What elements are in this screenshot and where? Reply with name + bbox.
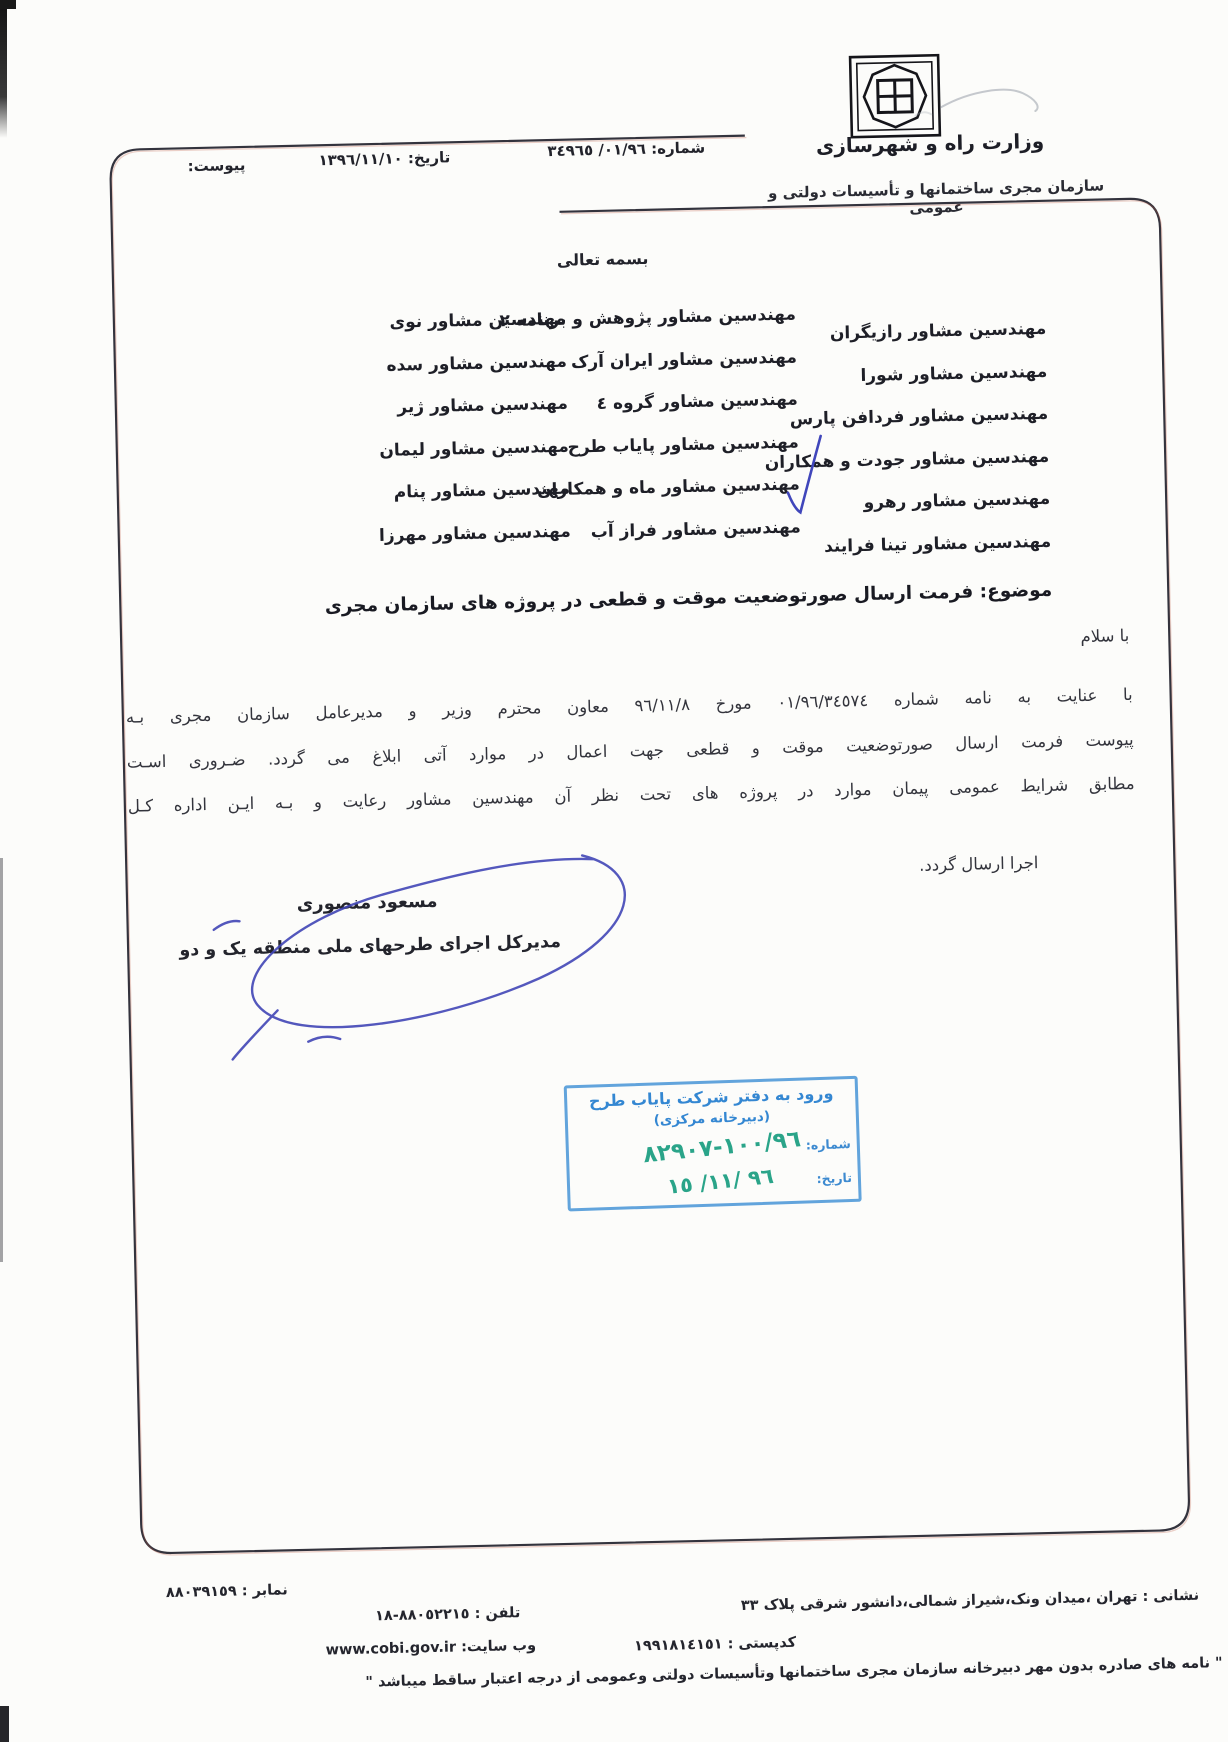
signer-name: مسعود منصوری xyxy=(242,890,492,917)
ministry-title: وزارت راه و شهرسازی xyxy=(780,128,1080,159)
letter-number-field: شماره: ٠١/٩٦/ ٣٤٩٦٥ xyxy=(425,139,705,163)
body-line: پیوست فرمت ارسال صورتوضعیت موقت و قطعی ج… xyxy=(127,730,1134,772)
recipient-item: مهندسین مشاور جودت و همکاران xyxy=(795,435,1050,483)
stamp-date-label: تاریخ: xyxy=(816,1169,852,1185)
stamp-date-value: ٩٦ /١١/ ١٥ xyxy=(666,1164,775,1199)
stamp-number-value: ١٠٠/٩٦-٨٢٩٠٧ xyxy=(642,1126,802,1168)
recipient-item-checked: مهندسین مشاور پایاب طرح xyxy=(544,421,799,469)
attachment-label: پیوست: xyxy=(165,156,245,176)
salutation: با سلام xyxy=(1011,626,1129,648)
body-line: اجرا ارسال گردد. xyxy=(711,853,1038,879)
recipient-item: مهندسین مشاور تینا فرایند xyxy=(797,520,1052,568)
scan-edge-artifact xyxy=(0,858,3,1262)
footer-phone-value: ٨٨٠٥٢٢١٥-١٨ xyxy=(375,1606,470,1624)
footer-website: وب سایت: www.cobi.gov.ir xyxy=(296,1638,536,1659)
recipient-item: مهندسین مشاور رهرو xyxy=(796,478,1051,526)
scanned-letter-page: وزارت راه و شهرسازی سازمان مجری ساختمانه… xyxy=(0,0,1228,1742)
footer-website-value: www.cobi.gov.ir xyxy=(325,1640,456,1659)
stamp-number-label: شماره: xyxy=(806,1136,851,1152)
footer-phone: تلفن : ٨٨٠٥٢٢١٥-١٨ xyxy=(315,1605,520,1626)
ministry-logo-icon xyxy=(848,53,942,139)
recipient-item: مهندسین مشاور رازیگران xyxy=(792,308,1047,356)
scan-edge-artifact xyxy=(0,1706,9,1742)
recipient-item: مهندسین مشاور پنام xyxy=(315,468,570,516)
recipient-item: مهندسین مشاور پژوهش و برنامه ٢ xyxy=(541,293,796,341)
recipient-item: مهندسین مشاور گروه ٤ xyxy=(543,378,798,426)
recipient-item: مهندسین مشاور ایران آرک xyxy=(542,336,797,384)
subject-line: موضوع: فرمت ارسال صورتوضعیت موقت و قطعی … xyxy=(280,580,1052,619)
recipients-column-middle: مهندسین مشاور پژوهش و برنامه ٢ مهندسین م… xyxy=(541,293,801,554)
recipient-item: مهندسین مشاور فراز آب xyxy=(546,506,801,554)
entry-stamp: ورود به دفتر شرکت پایاب طرح (دبیرخانه مر… xyxy=(564,1076,862,1212)
recipient-item: مهندسین مشاور نوی xyxy=(312,298,567,346)
letter-number-value: ٠١/٩٦/ ٣٤٩٦٥ xyxy=(547,140,646,160)
besmele-heading: بسمه تعالی xyxy=(517,248,687,271)
footer-phone-label: تلفن : xyxy=(474,1605,520,1622)
letter-date-field: تاریخ: ١٣٩٦/١١/١٠ xyxy=(285,148,450,170)
signer-title: مدیرکل اجرای طرحهای ملی منطقه یک و دو xyxy=(130,931,610,962)
recipient-item: مهندسین مشاور شورا xyxy=(793,350,1048,398)
letter-date-value: ١٣٩٦/١١/١٠ xyxy=(318,149,403,169)
footer-address: نشانی : تهران ،میدان ونک،شیراز شمالی،دان… xyxy=(591,1588,1199,1618)
footer-postal-code: کدپستی : ١٩٩١٨١٤١٥١ xyxy=(586,1635,796,1656)
recipient-item: مهندسین مشاور لیمان xyxy=(314,425,569,473)
recipient-item: مهندسین مشاور مهرزا xyxy=(316,510,571,558)
footer-website-label: وب سایت: xyxy=(461,1638,536,1656)
recipient-item: مهندسین مشاور فردافن پارس xyxy=(794,393,1049,441)
letter-sheet: وزارت راه و شهرسازی سازمان مجری ساختمانه… xyxy=(0,0,1228,1742)
letter-date-label: تاریخ: xyxy=(408,148,451,167)
recipient-item: مهندسین مشاور ژیر xyxy=(313,383,568,431)
recipients-column-left: مهندسین مشاور نوی مهندسین مشاور سده مهند… xyxy=(312,298,572,559)
recipients-column-right: مهندسین مشاور رازیگران مهندسین مشاور شور… xyxy=(792,308,1052,569)
body-line: مطابق شرایط عمومی پیمان موارد در پروژه ه… xyxy=(128,774,1135,816)
footer-disclaimer: " نامه های صادره بدون مهر دبیرخانه سازما… xyxy=(165,1655,1223,1695)
footer-fax: نمابر : ٨٨٠٣٩١٥٩ xyxy=(103,1582,288,1602)
body-line: با عنایت به نامه شماره ٠١/٩٦/٣٤٥٧٤ مورخ … xyxy=(126,685,1133,727)
letter-number-label: شماره: xyxy=(651,139,705,158)
recipient-item: مهندسین مشاور سده xyxy=(312,340,567,388)
recipient-item: مهندسین مشاور ماه و همکاران xyxy=(545,463,800,511)
organization-subtitle: سازمان مجری ساختمانها و تأسیسات دولتی و … xyxy=(754,176,1119,220)
